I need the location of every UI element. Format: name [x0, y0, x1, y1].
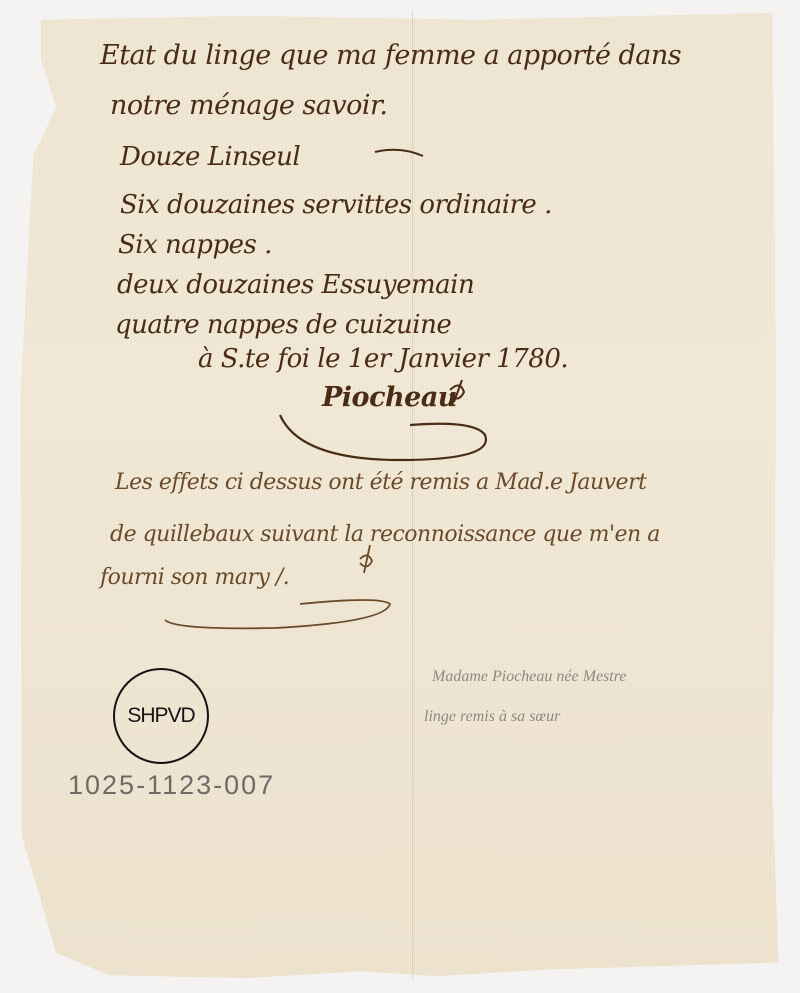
catalog-number: 1025-1123-007 — [68, 770, 275, 801]
pencil-annotation-line-2: linge remis à sa sœur — [424, 708, 560, 726]
pencil-annotation-line-1: Madame Piocheau née Mestre — [432, 668, 626, 686]
stamp-text: SHPVD — [127, 704, 194, 728]
pen-flourishes — [0, 0, 800, 993]
shpvd-stamp: SHPVD — [113, 668, 209, 764]
